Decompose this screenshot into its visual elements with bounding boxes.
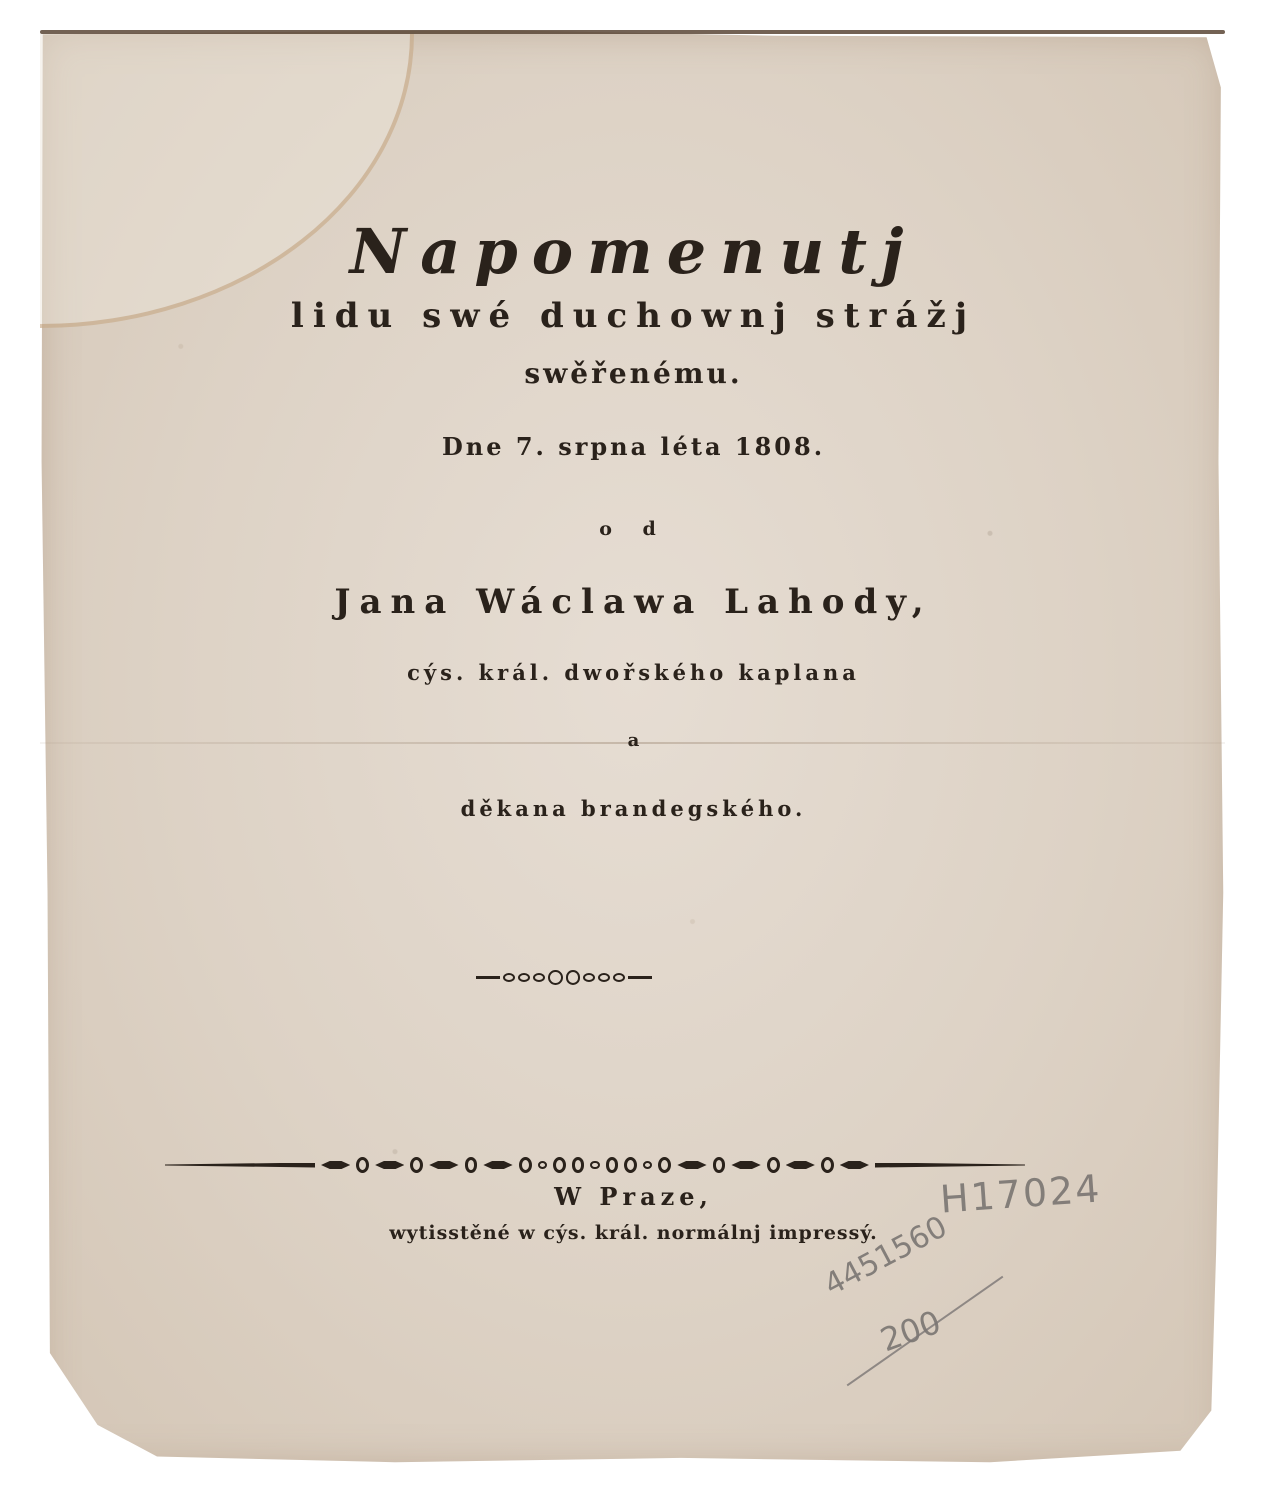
ornament-ring: [553, 1157, 566, 1173]
conjunction: a: [0, 730, 1267, 751]
ornament-ring: [606, 1157, 619, 1173]
ornament-diamond: [429, 1161, 458, 1169]
ornament-bead-large: [566, 970, 581, 985]
author-title-dean: děkana brandegského.: [0, 796, 1267, 821]
ornament-ring: [410, 1157, 423, 1173]
ornament-diamond: [483, 1161, 512, 1169]
ornament-rule-right: [875, 1163, 1025, 1168]
large-ornamental-rule: [165, 1154, 1025, 1176]
ornament-bar: [628, 976, 652, 979]
ornament-small-ring: [643, 1161, 652, 1169]
ornament-diamond: [321, 1161, 350, 1169]
date-line: Dne 7. srpna léta 1808.: [0, 432, 1267, 461]
ornament-bead: [613, 973, 625, 982]
ornament-bead-large: [548, 970, 563, 985]
ornament-ring: [465, 1157, 478, 1173]
subtitle-line-1: lidu swé duchownj strážj: [0, 296, 1267, 336]
ornament-ring: [821, 1157, 834, 1173]
ornament-small-ring: [538, 1161, 547, 1169]
ornament-ring: [356, 1157, 369, 1173]
ornament-ring: [713, 1157, 726, 1173]
ornament-ring: [658, 1157, 671, 1173]
imprint-printer: wytisstěné w cýs. král. normálnj impress…: [0, 1222, 1267, 1244]
small-ornamental-divider: [476, 968, 652, 986]
ornament-bead: [533, 973, 545, 982]
ornament-bar: [476, 976, 500, 979]
ornament-small-ring: [590, 1161, 599, 1169]
ornament-rule-left: [165, 1163, 315, 1168]
ornament-ring: [767, 1157, 780, 1173]
by-line: o d: [0, 518, 1267, 540]
ornament-diamond: [786, 1161, 815, 1169]
ornament-ring: [572, 1157, 585, 1173]
ornament-ring: [519, 1157, 532, 1173]
ornament-diamond: [677, 1161, 706, 1169]
ornament-diamond: [731, 1161, 760, 1169]
ornament-diamond: [840, 1161, 869, 1169]
subtitle-line-2: swěřenému.: [0, 357, 1267, 390]
author-title-court-chaplain: cýs. král. dwořského kaplana: [0, 660, 1267, 685]
ornament-bead: [518, 973, 530, 982]
ornament-diamond: [375, 1161, 404, 1169]
ornament-bead: [583, 973, 595, 982]
document-title: Napomenutj: [0, 215, 1267, 288]
ornament-ring: [624, 1157, 637, 1173]
ornament-bead: [598, 973, 610, 982]
author-name: Jana Wáclawa Lahody,: [0, 582, 1267, 622]
ornament-bead: [503, 973, 515, 982]
